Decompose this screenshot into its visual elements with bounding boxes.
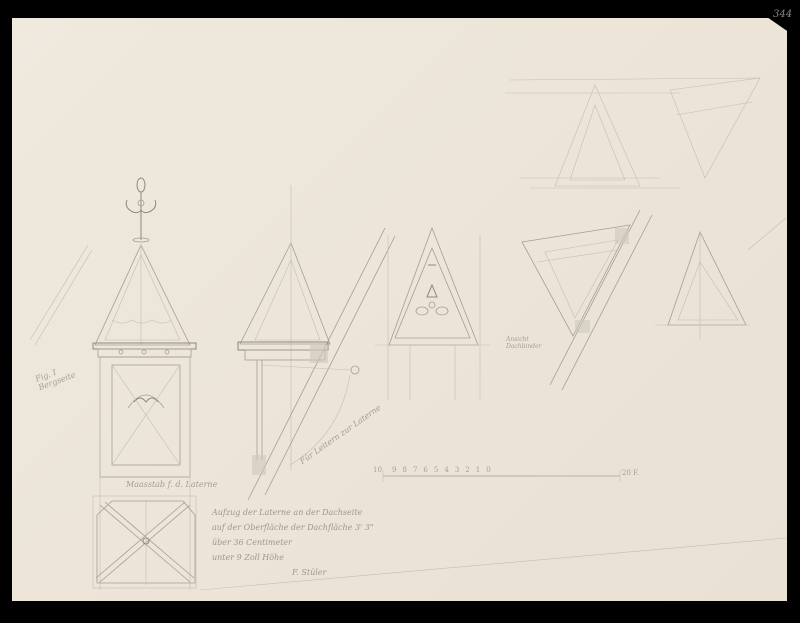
gable-elevation: [375, 228, 490, 400]
small-triangle: [655, 218, 786, 340]
scale-right-label: 20 F.: [622, 469, 639, 477]
scale-tick: 2: [465, 466, 475, 474]
lantern-scale-note: Maasstab f. d. Laterne: [126, 480, 217, 489]
scale-tick: 8: [402, 466, 412, 474]
scale-left-label: 10: [373, 466, 382, 474]
lantern-elevation: [93, 178, 196, 590]
inverted-truss: [522, 210, 652, 390]
scale-tick: 7: [413, 466, 423, 474]
main-note-line: über 36 Centimeter: [212, 535, 374, 550]
main-note: Aufzug der Laterne an der Dachseite auf …: [212, 505, 374, 580]
left-diagonal: [30, 245, 92, 345]
main-note-line: unter 9 Zoll Höhe: [212, 550, 374, 565]
top-trusses: [505, 78, 760, 188]
scale-tick: 4: [444, 466, 454, 474]
scale-ticks: 9876543210: [392, 466, 497, 474]
main-note-line: auf der Oberfläche der Dachfläche 3' 3": [212, 520, 374, 535]
scale-tick: 3: [455, 466, 465, 474]
scale-tick: 1: [476, 466, 486, 474]
plan-x-brace: [93, 496, 196, 588]
truss-note: Ansicht Dachbinder: [506, 336, 542, 350]
scale-tick: 9: [392, 466, 402, 474]
signature: F. Stüler: [292, 565, 374, 580]
architectural-drawing: [0, 0, 800, 623]
scale-tick: 0: [486, 466, 496, 474]
scale-tick: 5: [434, 466, 444, 474]
main-note-line: Aufzug der Laterne an der Dachseite: [212, 505, 374, 520]
scale-tick: 6: [423, 466, 433, 474]
